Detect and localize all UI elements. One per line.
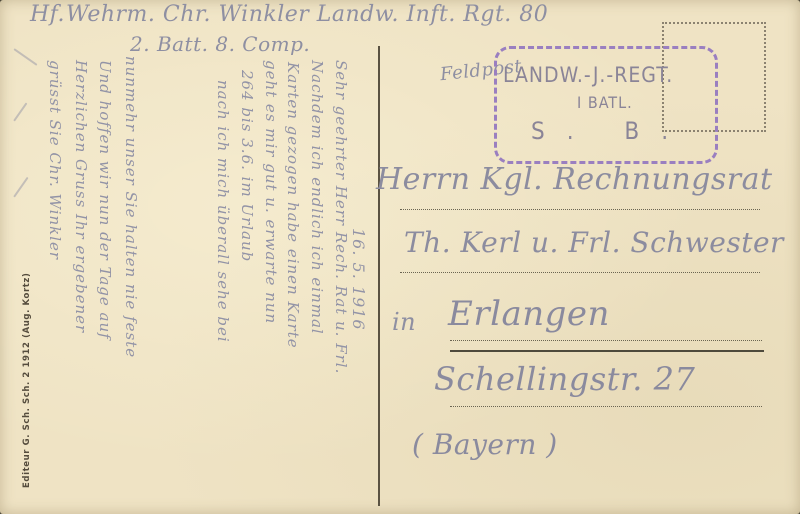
sender-prefix: Hf. (30, 2, 65, 27)
address-line-1: Herrn Kgl. Rechnungsrat (376, 162, 773, 197)
sender-line-2: 2. Batt. 8. Comp. (130, 32, 310, 56)
message-line-7: nunmehr unser Sie halten nie feste (122, 56, 140, 358)
address-line-5: ( Bayern ) (412, 428, 558, 461)
address-rule-4 (450, 406, 762, 407)
address-line-2: Th. Kerl u. Frl. Schwester (404, 226, 784, 259)
address-line-4: Schellingstr. 27 (434, 360, 695, 398)
postcard-back: Hf. Wehrm. Chr. Winkler Landw. Inft. Rgt… (0, 0, 800, 514)
publisher-imprint: Editeur G. Sch. Sch. 2 1912 (Aug. Kortz) (22, 273, 32, 488)
message-line-3: Karten gezogen habe einen Karte (284, 62, 302, 349)
address-line-3: Erlangen (448, 294, 610, 334)
message-line-6: nach ich mich überall sehe bei (214, 80, 232, 343)
address-rule-1 (400, 209, 760, 210)
postmark-line-1: LANDW.-J.-REGT. (503, 63, 673, 87)
center-divider (378, 46, 380, 506)
sender-line-1: Wehrm. Chr. Winkler Landw. Inft. Rgt. 80 (66, 2, 548, 27)
message-line-9: Herzlichen Gruss Ihr ergebener (72, 60, 90, 333)
address-rule-3-solid (450, 350, 764, 352)
message-line-1: Sehr geehrter Herr Rech. Rat u. Frl. (332, 60, 350, 374)
address-rule-2 (400, 272, 760, 273)
message-date: 16. 5. 1916 (349, 228, 368, 331)
message-line-4: geht es mir gut u. erwarte nun (262, 60, 280, 324)
postmark-line-3: S. B. (531, 117, 690, 145)
unit-postmark: LANDW.-J.-REGT. I BATL. S. B. (494, 46, 718, 164)
address-prefix-in: in (392, 308, 416, 336)
pencil-stroke (13, 48, 37, 66)
address-rule-3 (450, 340, 762, 341)
pencil-stroke (13, 177, 28, 198)
postmark-line-2: I BATL. (577, 93, 633, 112)
pencil-stroke (13, 102, 27, 121)
message-line-5: 264 bis 3.6. im Urlaub (238, 70, 256, 262)
message-line-2: Nachdem ich endlich ich einmal (308, 60, 326, 335)
message-line-8: Und hoffen wir nun der Tage auf (96, 60, 114, 340)
message-line-10: grüsst Sie Chr. Winkler (46, 60, 64, 260)
